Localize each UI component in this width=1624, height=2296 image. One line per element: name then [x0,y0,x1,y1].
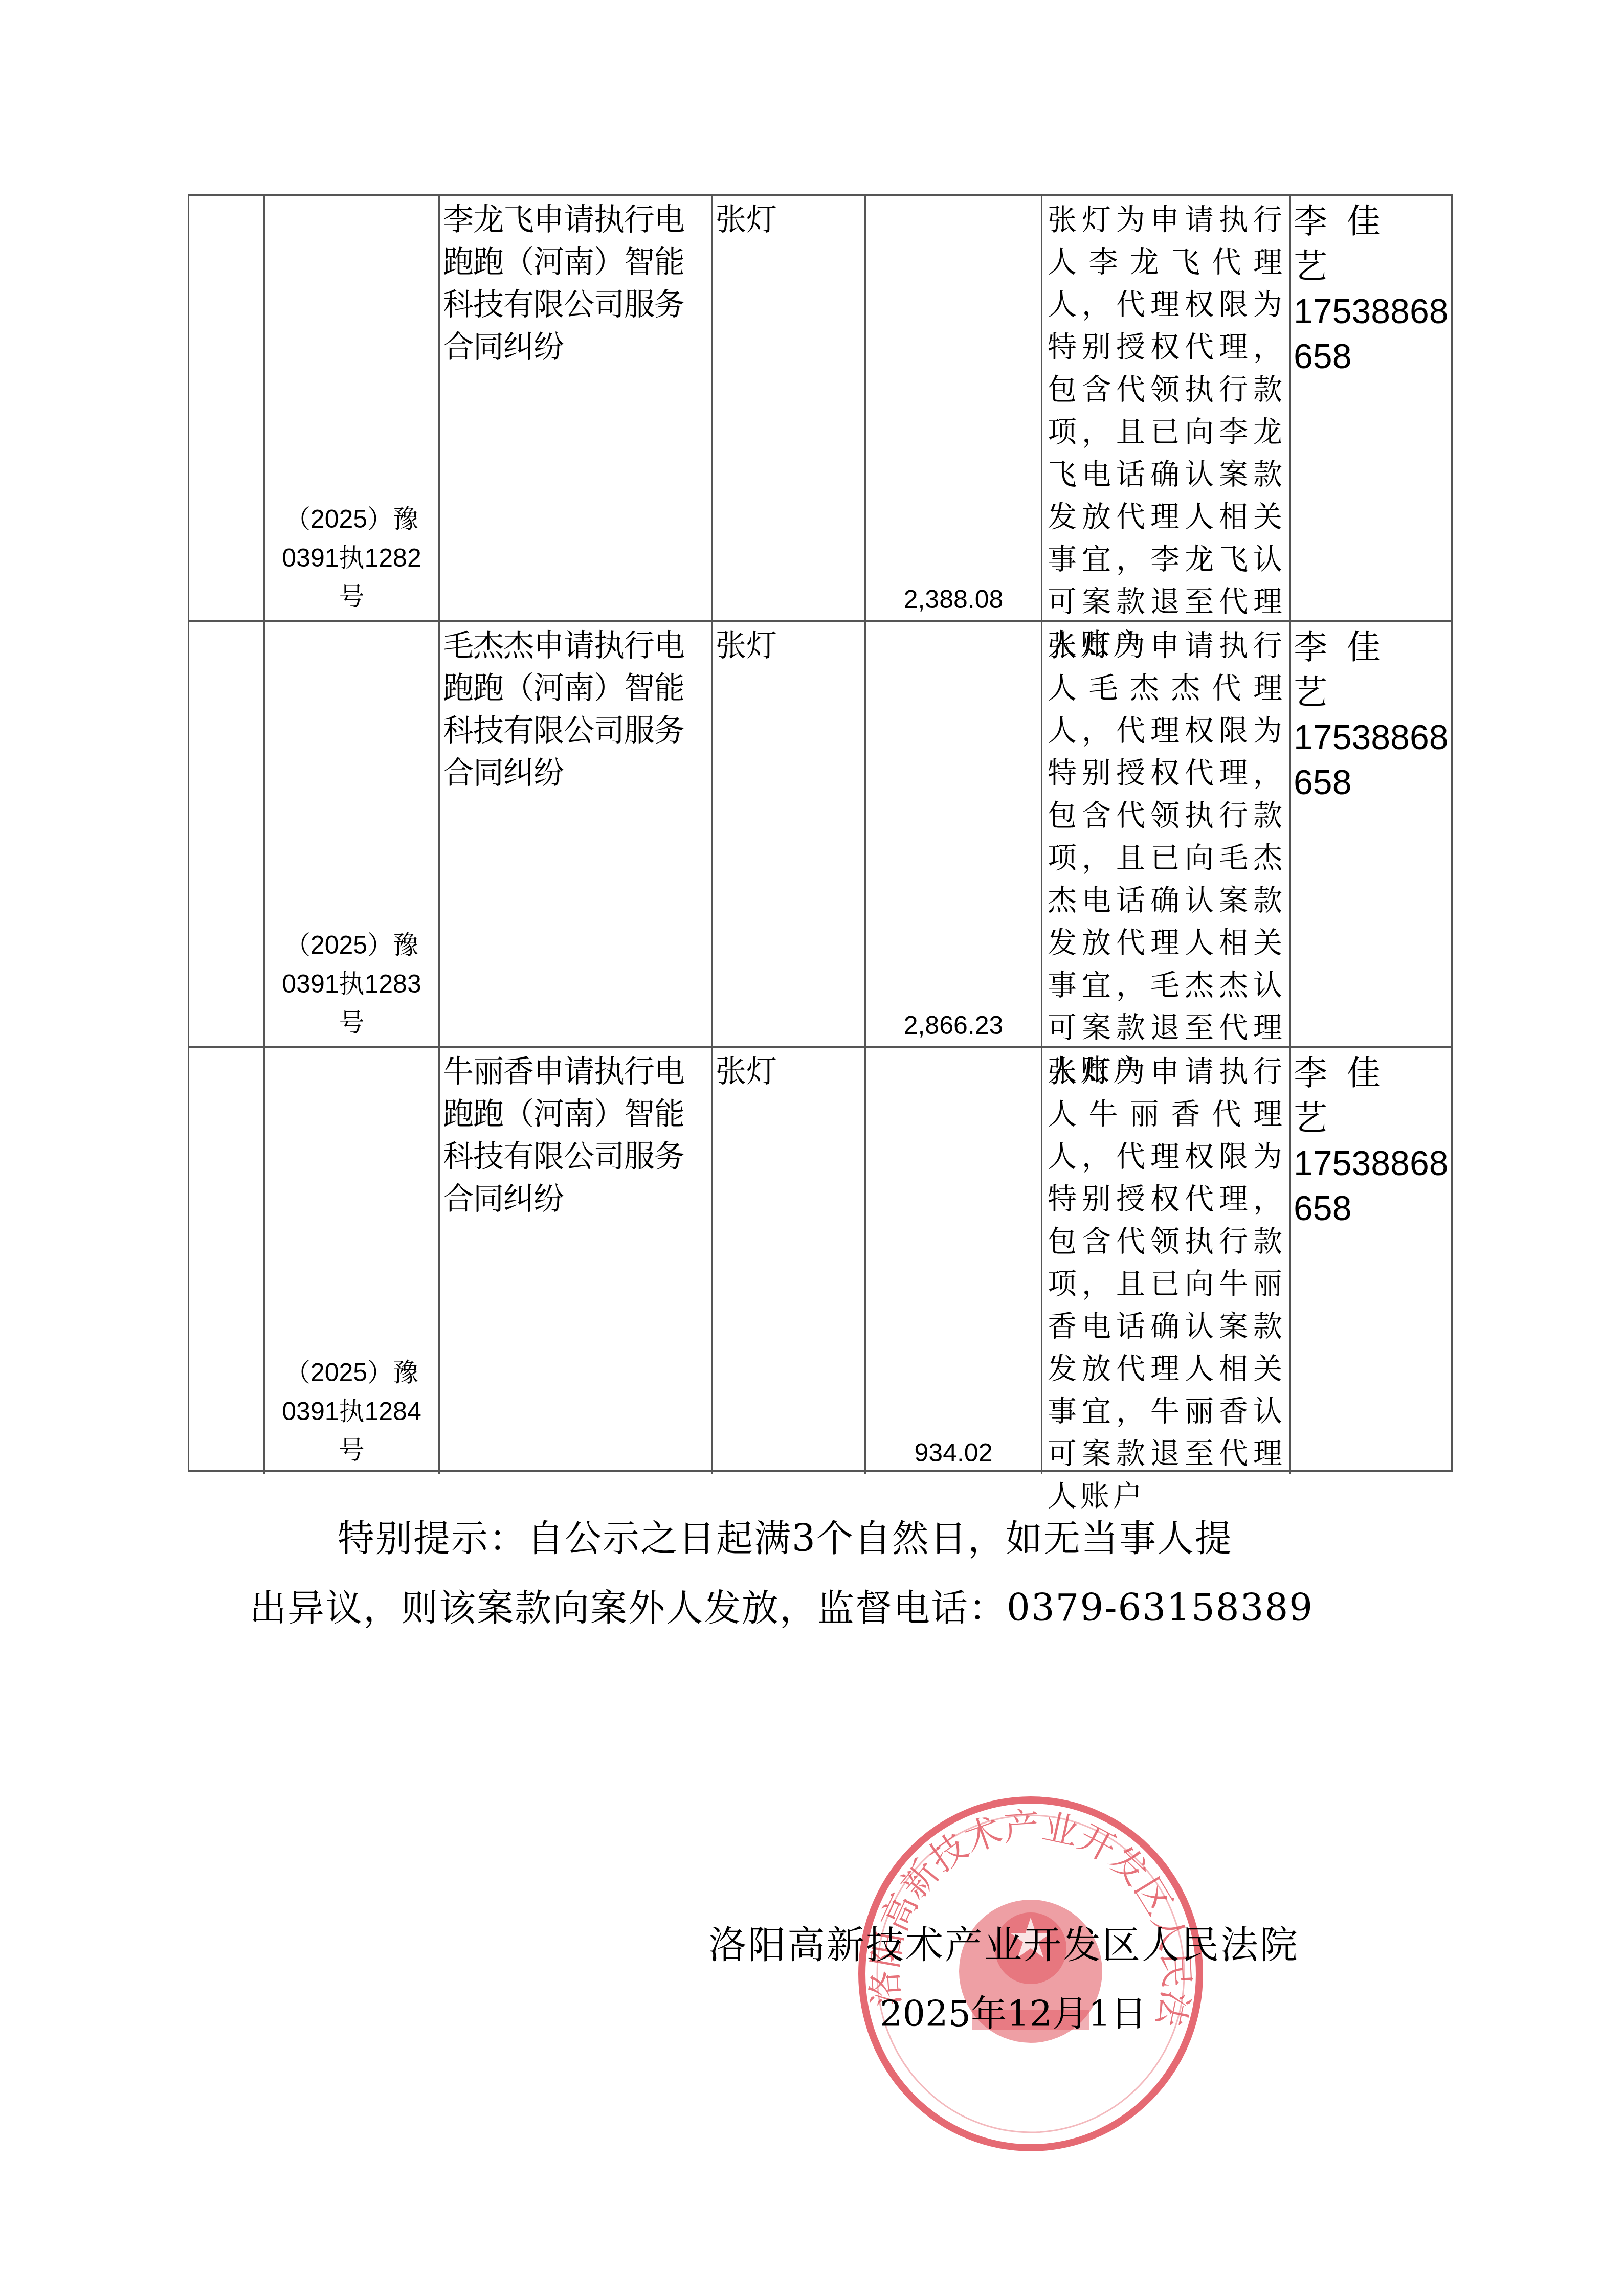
case-number-line: （2025）豫 [265,1353,438,1392]
contact-cell: 李佳艺 17538868658 [1291,1048,1453,1474]
agent-cell: 张灯 [713,196,866,620]
court-name: 洛阳高新技术产业开发区人民法院 [708,1915,1299,1969]
case-cause-cell: 牛丽香申请执行电跑跑（河南）智能科技有限公司服务合同纠纷 [440,1048,713,1474]
contact-cell: 李佳艺 17538868658 [1291,622,1453,1046]
case-number-line: （2025）豫 [265,500,438,538]
case-number-line: 0391执1284 [265,1392,438,1431]
case-cause-cell: 毛杰杰申请执行电跑跑（河南）智能科技有限公司服务合同纠纷 [440,622,713,1046]
notice-line: 出异议，则该案款向案外人发放，监督电话：0379-63158389 [250,1573,1427,1642]
index-cell [189,196,265,620]
contact-phone: 17538868658 [1294,289,1450,379]
index-cell [189,1048,265,1474]
issue-date: 2025年12月1日 [880,1985,1147,2037]
contact-name: 李佳艺 [1294,199,1450,289]
amount-value: 2,388.08 [866,584,1041,614]
case-number-cell: （2025）豫 0391执1284 号 [265,1048,440,1474]
special-notice: 特别提示：自公示之日起满3个自然日，如无当事人提 出异议，则该案款向案外人发放，… [251,1503,1427,1642]
note-cell: 张灯为申请执行人毛杰杰代理人，代理权限为特别授权代理，包含代领执行款项，且已向毛… [1042,622,1291,1046]
case-payment-table: （2025）豫 0391执1282 号 李龙飞申请执行电跑跑（河南）智能科技有限… [188,194,1453,1472]
case-number-line: （2025）豫 [265,926,438,964]
case-number-line: 号 [265,1003,438,1042]
case-number-cell: （2025）豫 0391执1282 号 [265,196,440,620]
agent-cell: 张灯 [713,622,866,1046]
amount-cell: 2,388.08 [866,196,1042,620]
case-number-line: 0391执1282 [265,538,438,577]
notice-line: 特别提示：自公示之日起满3个自然日，如无当事人提 [251,1503,1427,1573]
case-number-line: 0391执1283 [265,964,438,1003]
court-seal-icon: 洛阳高新技术产业开发区人民法院 [854,1795,1207,2153]
case-number-cell: （2025）豫 0391执1283 号 [265,622,440,1046]
contact-name: 李佳艺 [1294,625,1450,715]
case-number-line: 号 [265,1431,438,1470]
contact-name: 李佳艺 [1294,1051,1450,1141]
case-number-line: 号 [265,577,438,616]
contact-phone: 17538868658 [1294,1141,1450,1231]
contact-cell: 李佳艺 17538868658 [1291,196,1453,620]
amount-value: 934.02 [866,1438,1041,1468]
agent-cell: 张灯 [713,1048,866,1474]
table-row: （2025）豫 0391执1283 号 毛杰杰申请执行电跑跑（河南）智能科技有限… [189,622,1451,1048]
note-cell: 张灯为申请执行人李龙飞代理人，代理权限为特别授权代理，包含代领执行款项，且已向李… [1042,196,1291,620]
index-cell [189,622,265,1046]
contact-phone: 17538868658 [1294,715,1450,805]
amount-value: 2,866.23 [866,1010,1041,1040]
amount-cell: 934.02 [866,1048,1042,1474]
table-row: （2025）豫 0391执1282 号 李龙飞申请执行电跑跑（河南）智能科技有限… [189,196,1451,622]
amount-cell: 2,866.23 [866,622,1042,1046]
table-row: （2025）豫 0391执1284 号 牛丽香申请执行电跑跑（河南）智能科技有限… [189,1048,1451,1474]
note-cell: 张灯为申请执行人牛丽香代理人，代理权限为特别授权代理，包含代领执行款项，且已向牛… [1042,1048,1291,1474]
case-cause-cell: 李龙飞申请执行电跑跑（河南）智能科技有限公司服务合同纠纷 [440,196,713,620]
